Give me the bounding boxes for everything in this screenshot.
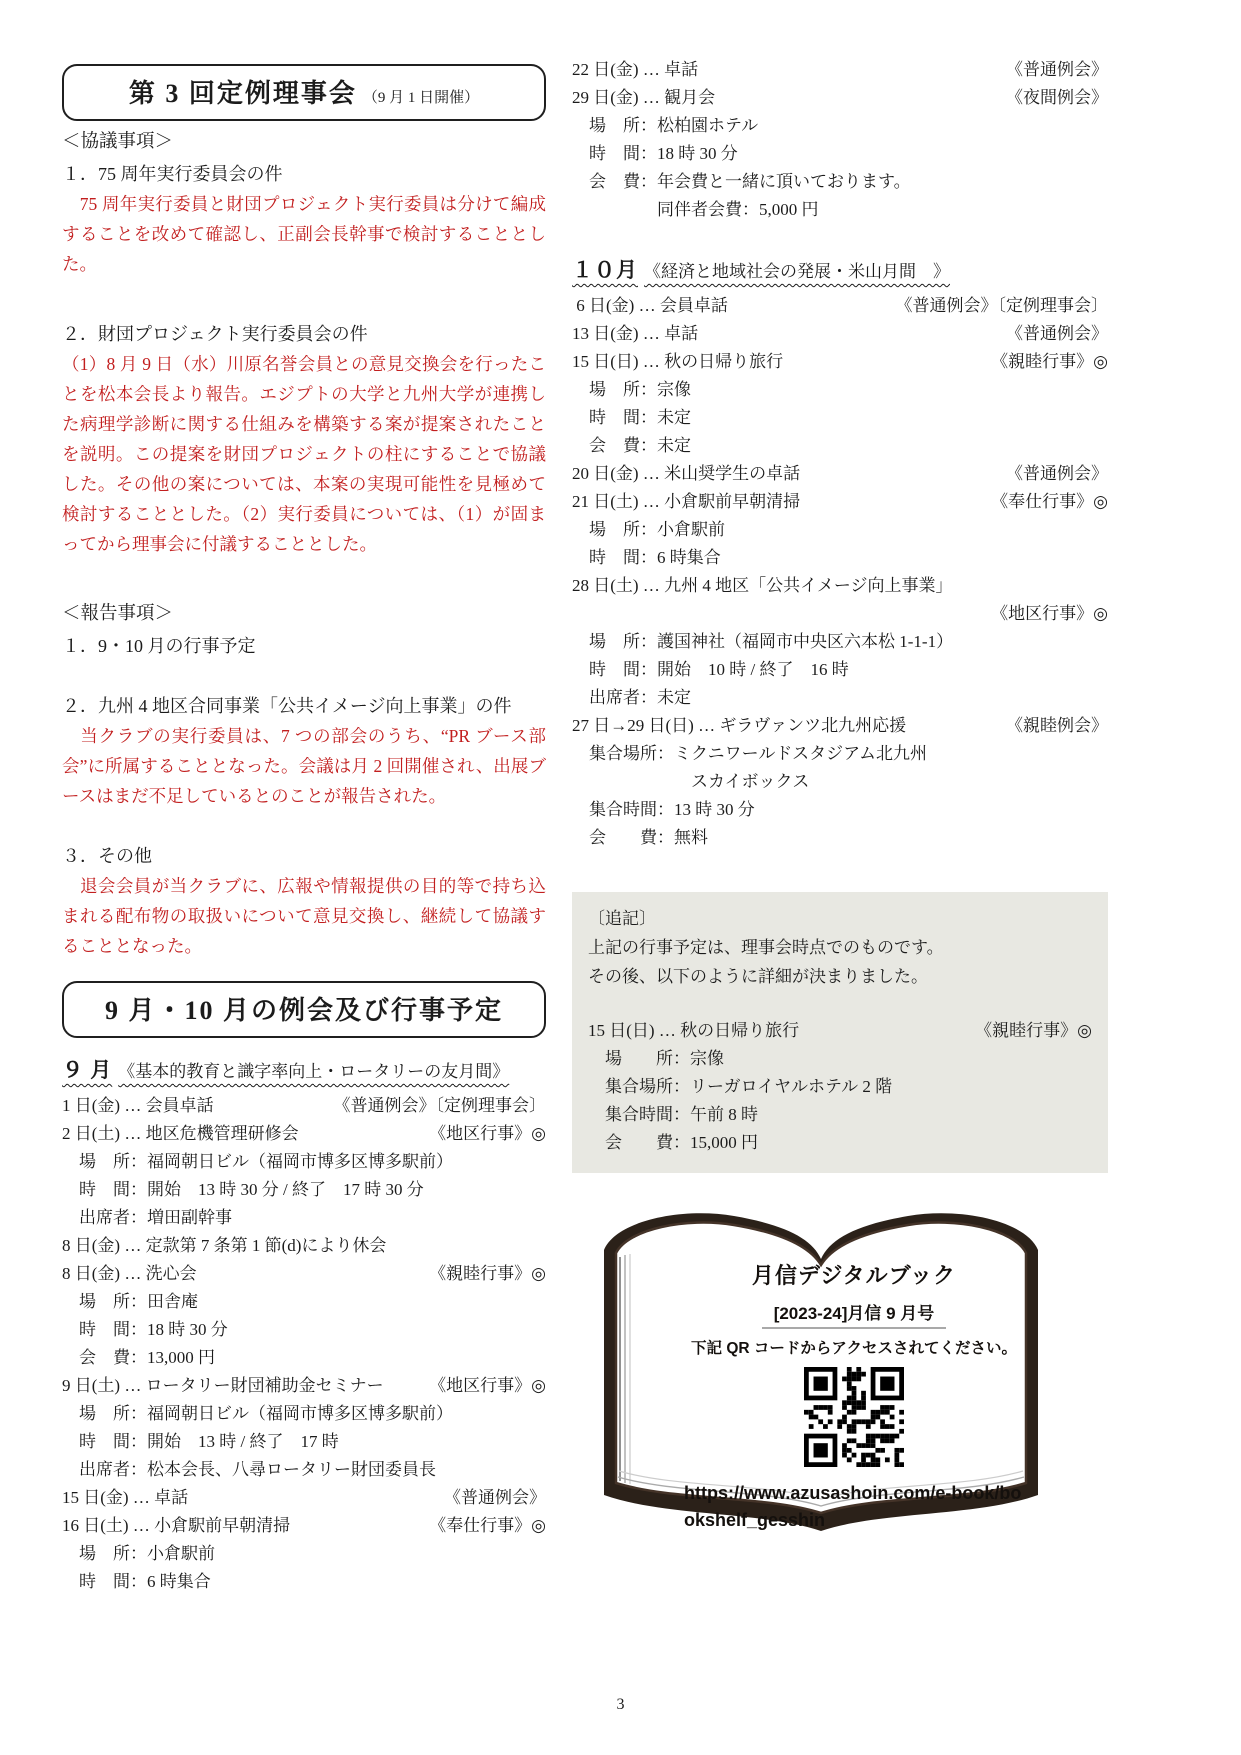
event-tag: 《普通例会》 — [1006, 460, 1108, 488]
september-events: 1 日(金) … 会員卓話《普通例会》〔定例理事会〕2 日(土) … 地区危機管… — [62, 1092, 546, 1596]
event-detail: 時 間：6 時集合 — [572, 544, 1108, 572]
minute-item: １．75 周年実行委員会の件 75 周年実行委員と財団プロジェクト実行委員は分け… — [62, 159, 546, 279]
page-number: 3 — [0, 1696, 1241, 1714]
event-label: 6 日(金) … 会員卓話 — [572, 292, 728, 320]
september-theme: 《基本的教育と識字率向上・ロータリーの友月間》 — [118, 1062, 509, 1081]
event-detail: 会 費：無料 — [572, 824, 1108, 852]
event-label: 8 日(金) … 洗心会 — [62, 1260, 197, 1288]
event-detail: スカイボックス — [572, 768, 1108, 796]
event-label: 15 日(日) … 秋の日帰り旅行 — [572, 348, 783, 376]
minute-item: ２．九州 4 地区合同事業「公共イメージ向上事業」の件 当クラブの実行委員は、7… — [62, 691, 546, 811]
minute-item-title: １．75 周年実行委員会の件 — [62, 159, 546, 189]
event-detail: 会 費：13,000 円 — [62, 1344, 546, 1372]
event-label: 16 日(土) … 小倉駅前早朝清掃 — [62, 1512, 290, 1540]
october-events: 6 日(金) … 会員卓話《普通例会》〔定例理事会〕13 日(金) … 卓話《普… — [572, 292, 1108, 852]
minute-item-title: １．9・10 月の行事予定 — [62, 631, 546, 661]
event-detail: 会 費：未定 — [572, 432, 1108, 460]
event-row: 15 日(日) … 秋の日帰り旅行《親睦行事》◎ — [588, 1017, 1092, 1045]
october-theme: 《経済と地域社会の発展・米山月間 》 — [644, 262, 950, 281]
event-row: 16 日(土) … 小倉駅前早朝清掃《奉仕行事》◎ — [62, 1512, 546, 1540]
event-tag: 《普通例会》〔定例理事会〕 — [896, 292, 1109, 320]
event-detail: 場 所：護国神社（福岡市中央区六本松 1-1-1） — [572, 628, 1108, 656]
event-detail: 時 間：6 時集合 — [62, 1568, 546, 1596]
event-label: 9 日(土) … ロータリー財団補助金セミナー — [62, 1372, 384, 1400]
event-tag: 《親睦例会》 — [1006, 712, 1108, 740]
qr-code-icon — [804, 1367, 904, 1467]
event-detail: 時 間：開始 10 時 / 終了 16 時 — [572, 656, 1108, 684]
event-tag: 《普通例会》 — [444, 1484, 546, 1512]
event-label: 1 日(金) … 会員卓話 — [62, 1092, 214, 1120]
october-heading-text: １０月《経済と地域社会の発展・米山月間 》 — [572, 262, 950, 281]
event-row: 15 日(日) … 秋の日帰り旅行《親睦行事》◎ — [572, 348, 1108, 376]
event-detail: 出席者：松本会長、八尋ロータリー財団委員長 — [62, 1456, 546, 1484]
event-row: 27 日→29 日(日) … ギラヴァンツ北九州応援《親睦例会》 — [572, 712, 1108, 740]
right-column: 22 日(金) … 卓話《普通例会》29 日(金) … 観月会《夜間例会》 場 … — [572, 56, 1108, 1540]
event-row: 1 日(金) … 会員卓話《普通例会》〔定例理事会〕 — [62, 1092, 546, 1120]
event-row: 20 日(金) … 米山奨学生の卓話《普通例会》 — [572, 460, 1108, 488]
event-row: 2 日(土) … 地区危機管理研修会《地区行事》◎ — [62, 1120, 546, 1148]
report-items: １．9・10 月の行事予定２．九州 4 地区合同事業「公共イメージ向上事業」の件… — [62, 631, 546, 961]
event-tag: 《普通例会》〔定例理事会〕 — [334, 1092, 547, 1120]
digital-book-instruction: 下記 QR コードからアクセスされてください。 — [682, 1336, 1026, 1358]
minute-item-title: ２．九州 4 地区合同事業「公共イメージ向上事業」の件 — [62, 691, 546, 721]
event-row: 15 日(金) … 卓話《普通例会》 — [62, 1484, 546, 1512]
board-meeting-date-note: （9 月 1 日開催） — [363, 90, 479, 106]
minute-item: ２．財団プロジェクト実行委員会の件（1）8 月 9 日（水）川原名誉会員との意見… — [62, 319, 546, 559]
event-label: 29 日(金) … 観月会 — [572, 84, 715, 112]
event-label: 8 日(金) … 定款第 7 条第 1 節(d)により休会 — [62, 1232, 386, 1260]
event-label: 15 日(日) … 秋の日帰り旅行 — [588, 1017, 799, 1045]
addendum-line: 上記の行事予定は、理事会時点でのものです。 — [588, 933, 1092, 962]
board-meeting-title: 第 3 回定例理事会 — [129, 79, 357, 108]
event-row: 8 日(金) … 定款第 7 条第 1 節(d)により休会 — [62, 1232, 546, 1260]
event-tag: 《親睦行事》◎ — [429, 1260, 546, 1288]
event-detail: 場 所：宗像 — [572, 376, 1108, 404]
minute-item-body: （1）8 月 9 日（水）川原名誉会員との意見交換会を行ったことを松本会長より報… — [62, 349, 546, 559]
event-detail: 時 間：未定 — [572, 404, 1108, 432]
event-row: 13 日(金) … 卓話《普通例会》 — [572, 320, 1108, 348]
discussion-heading: ＜協議事項＞ — [62, 127, 546, 157]
event-label: 22 日(金) … 卓話 — [572, 56, 698, 84]
event-detail: 場 所：田舎庵 — [62, 1288, 546, 1316]
minute-item-title: ３．その他 — [62, 841, 546, 871]
report-heading: ＜報告事項＞ — [62, 599, 546, 629]
addendum-label: 〔追記〕 — [588, 904, 1092, 933]
october-label: １０月 — [572, 258, 638, 282]
event-label: 20 日(金) … 米山奨学生の卓話 — [572, 460, 800, 488]
addendum-lines: 上記の行事予定は、理事会時点でのものです。その後、以下のように詳細が決まりました… — [588, 933, 1092, 991]
event-label: 27 日→29 日(日) … ギラヴァンツ北九州応援 — [572, 712, 906, 740]
event-detail: 集合時間：13 時 30 分 — [572, 796, 1108, 824]
september-heading: ９ 月《基本的教育と識字率向上・ロータリーの友月間》 — [62, 1054, 546, 1084]
event-row: 29 日(金) … 観月会《夜間例会》 — [572, 84, 1108, 112]
event-row: 6 日(金) … 会員卓話《普通例会》〔定例理事会〕 — [572, 292, 1108, 320]
event-tag: 《普通例会》 — [1006, 56, 1108, 84]
event-detail: 場 所：松柏園ホテル — [572, 112, 1108, 140]
left-column: 第 3 回定例理事会（9 月 1 日開催） ＜協議事項＞ １．75 周年実行委員… — [62, 64, 546, 1596]
event-detail: 時 間：開始 13 時 / 終了 17 時 — [62, 1428, 546, 1456]
event-tag: 《夜間例会》 — [1006, 84, 1108, 112]
event-detail: 同伴者会費：5,000 円 — [572, 196, 1108, 224]
october-heading: １０月《経済と地域社会の発展・米山月間 》 — [572, 254, 1108, 284]
digital-book-url: https://www.azusashoin.com/e-book/booksh… — [682, 1480, 1026, 1534]
event-detail: 集合時間：午前 8 時 — [588, 1101, 1092, 1129]
board-meeting-header-box: 第 3 回定例理事会（9 月 1 日開催） — [62, 64, 546, 121]
event-tag: 《親睦行事》◎ — [975, 1017, 1092, 1045]
event-label: 15 日(金) … 卓話 — [62, 1484, 188, 1512]
digital-book-content: 月信デジタルブック [2023-24]月信 9 月号 下記 QR コードからアク… — [682, 1259, 1026, 1534]
addendum-event: 15 日(日) … 秋の日帰り旅行《親睦行事》◎ 場 所：宗像 集合場所：リーガ… — [588, 1017, 1092, 1157]
event-detail: 出席者：増田副幹事 — [62, 1204, 546, 1232]
minute-item-title: ２．財団プロジェクト実行委員会の件 — [62, 319, 546, 349]
event-detail: 場 所：小倉駅前 — [572, 516, 1108, 544]
event-tag: 《奉仕行事》◎ — [991, 488, 1108, 516]
event-tag: 《普通例会》 — [1006, 320, 1108, 348]
event-detail: 時 間：18 時 30 分 — [572, 140, 1108, 168]
event-detail: 時 間：開始 13 時 30 分 / 終了 17 時 30 分 — [62, 1176, 546, 1204]
minute-item-body: 退会会員が当クラブに、広報や情報提供の目的等で持ち込まれる配布物の取扱いについて… — [62, 871, 546, 961]
event-row: 8 日(金) … 洗心会《親睦行事》◎ — [62, 1260, 546, 1288]
event-row: 21 日(土) … 小倉駅前早朝清掃《奉仕行事》◎ — [572, 488, 1108, 516]
event-detail: 場 所：宗像 — [588, 1045, 1092, 1073]
minute-item: ３．その他 退会会員が当クラブに、広報や情報提供の目的等で持ち込まれる配布物の取… — [62, 841, 546, 961]
event-tag: 《地区行事》◎ — [429, 1372, 546, 1400]
event-tag: 《奉仕行事》◎ — [429, 1512, 546, 1540]
addendum-spacer — [588, 991, 1092, 1017]
event-detail: 時 間：18 時 30 分 — [62, 1316, 546, 1344]
event-detail: 会 費：15,000 円 — [588, 1129, 1092, 1157]
event-label: 13 日(金) … 卓話 — [572, 320, 698, 348]
addendum-box: 〔追記〕 上記の行事予定は、理事会時点でのものです。その後、以下のように詳細が決… — [572, 892, 1108, 1173]
event-detail: 場 所：小倉駅前 — [62, 1540, 546, 1568]
event-detail: 出席者：未定 — [572, 684, 1108, 712]
event-label: 2 日(土) … 地区危機管理研修会 — [62, 1120, 299, 1148]
event-detail: 場 所：福岡朝日ビル（福岡市博多区博多駅前） — [62, 1148, 546, 1176]
event-detail: 集合場所：リーガロイヤルホテル 2 階 — [588, 1073, 1092, 1101]
event-tag: 《地区行事》◎ — [429, 1120, 546, 1148]
event-tag: 《地区行事》◎ — [572, 600, 1108, 628]
minute-item: １．9・10 月の行事予定 — [62, 631, 546, 661]
schedule-header-box: 9 月・10 月の例会及び行事予定 — [62, 981, 546, 1038]
september-heading-text: ９ 月《基本的教育と識字率向上・ロータリーの友月間》 — [62, 1062, 509, 1081]
discussion-items: １．75 周年実行委員会の件 75 周年実行委員と財団プロジェクト実行委員は分け… — [62, 159, 546, 559]
event-row: 9 日(土) … ロータリー財団補助金セミナー《地区行事》◎ — [62, 1372, 546, 1400]
event-row: 28 日(土) … 九州 4 地区「公共イメージ向上事業」 — [572, 572, 1108, 600]
event-row: 22 日(金) … 卓話《普通例会》 — [572, 56, 1108, 84]
event-label: 21 日(土) … 小倉駅前早朝清掃 — [572, 488, 800, 516]
schedule-title: 9 月・10 月の例会及び行事予定 — [105, 996, 503, 1025]
event-detail: 会 費：年会費と一緒に頂いております。 — [572, 168, 1108, 196]
digital-book-title: 月信デジタルブック — [682, 1259, 1026, 1290]
event-label: 28 日(土) … 九州 4 地区「公共イメージ向上事業」 — [572, 572, 953, 600]
event-detail: 場 所：福岡朝日ビル（福岡市博多区博多駅前） — [62, 1400, 546, 1428]
event-tag: 《親睦行事》◎ — [991, 348, 1108, 376]
minute-item-body: 当クラブの実行委員は、7 つの部会のうち、“PR ブース部会”に所属することとな… — [62, 721, 546, 811]
event-detail: 集合場所：ミクニワールドスタジアム北九州 — [572, 740, 1108, 768]
digital-book-subtitle: [2023-24]月信 9 月号 — [762, 1299, 947, 1329]
digital-book-graphic: 月信デジタルブック [2023-24]月信 9 月号 下記 QR コードからアク… — [586, 1195, 1056, 1540]
addendum-line: その後、以下のように詳細が決まりました。 — [588, 962, 1092, 991]
september-label: ９ 月 — [62, 1058, 112, 1082]
september-events-continued: 22 日(金) … 卓話《普通例会》29 日(金) … 観月会《夜間例会》 場 … — [572, 56, 1108, 224]
minute-item-body: 75 周年実行委員と財団プロジェクト実行委員は分けて編成することを改めて確認し、… — [62, 189, 546, 279]
